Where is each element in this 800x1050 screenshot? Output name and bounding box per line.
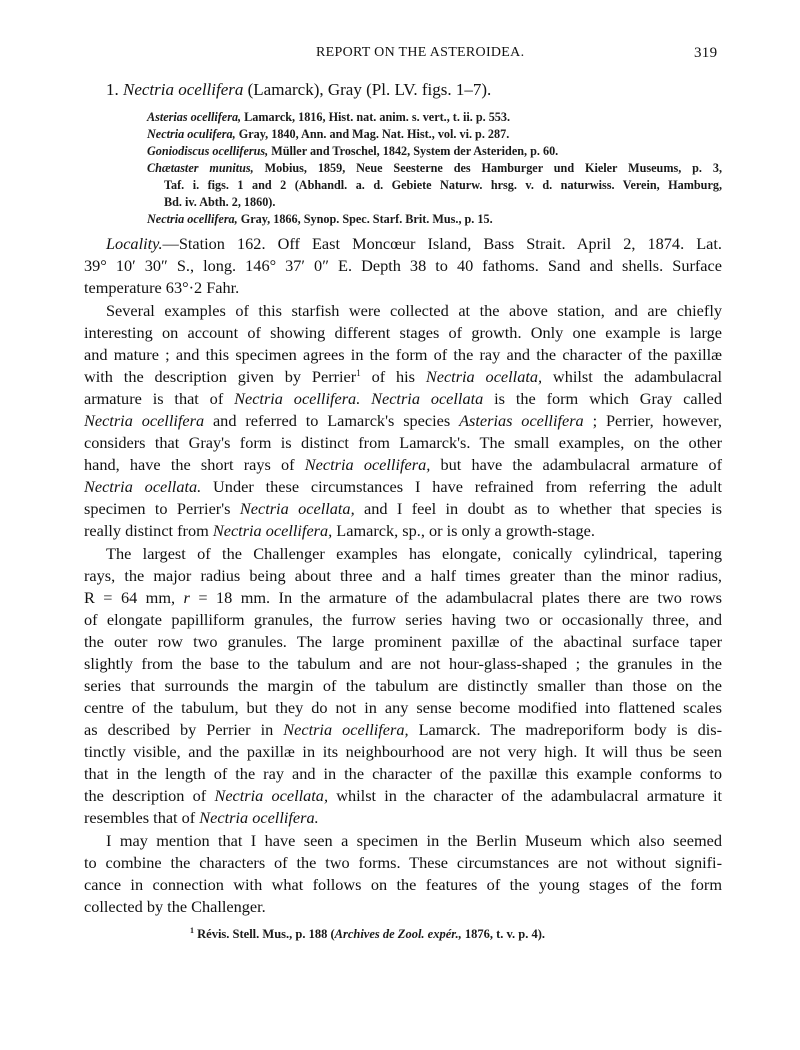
text-line: considers that Gray's form is distinct f…	[84, 433, 722, 453]
synonym-reference: Lamarck, 1816, Hist. nat. anim. s. vert.…	[244, 110, 510, 124]
text-line: the description of Nectria ocellata, whi…	[84, 786, 722, 806]
text-span: = 18 mm. In the armature of the adambula…	[190, 588, 722, 607]
text-span: armature is that of	[84, 389, 234, 408]
text-span: whilst the adambulacral	[542, 367, 722, 386]
footnote: 1 Révis. Stell. Mus., p. 188 (Archives d…	[190, 926, 545, 942]
text-line: collected by the Challenger.	[84, 897, 266, 917]
text-span: Under these circumstances I have refrain…	[201, 477, 722, 496]
synonym-name: Chætaster munitus,	[147, 161, 254, 175]
text-line: cance in connection with what follows on…	[84, 875, 722, 895]
text-line: specimen to Perrier's Nectria ocellata, …	[84, 499, 722, 519]
species-name: Nectria ocellifera,	[213, 521, 332, 540]
text-span: of his	[361, 367, 426, 386]
text-span: as described by Perrier in	[84, 720, 283, 739]
text-span: is the form which Gray called	[483, 389, 722, 408]
text-line: The largest of the Challenger examples h…	[106, 544, 722, 564]
text-span: R = 64 mm,	[84, 588, 184, 607]
text-span: and referred to Lamarck's species	[204, 411, 459, 430]
species-number: 1.	[106, 80, 119, 99]
species-name: Nectria ocellifera.	[234, 389, 360, 408]
species-heading: 1. Nectria ocellifera (Lamarck), Gray (P…	[106, 80, 491, 100]
species-name: Nectria ocellata,	[214, 786, 328, 805]
page-number: 319	[694, 45, 717, 62]
synonym-reference: Gray, 1840, Ann. and Mag. Nat. Hist., vo…	[239, 127, 510, 141]
synonym-continuation: Bd. iv. Abth. 2, 1860).	[164, 195, 275, 210]
text-line: R = 64 mm, r = 18 mm. In the armature of…	[84, 588, 722, 608]
text-line: really distinct from Nectria ocellifera,…	[84, 521, 595, 541]
text-line: I may mention that I have seen a specime…	[106, 831, 722, 851]
text-span: hand, have the short rays of	[84, 455, 305, 474]
synonym-reference: Müller and Troschel, 1842, System der As…	[271, 144, 558, 158]
text-span: specimen to Perrier's	[84, 499, 240, 518]
text-line: Several examples of this starfish were c…	[106, 301, 722, 321]
footnote-text: Révis. Stell. Mus., p. 188 (	[194, 927, 335, 941]
text-line: and mature ; and this specimen agrees in…	[84, 345, 722, 365]
synonym-reference: Mobius, 1859, Neue Seesterne des Hamburg…	[265, 161, 722, 175]
synonym-name: Goniodiscus ocelliferus,	[147, 144, 268, 158]
text-line: hand, have the short rays of Nectria oce…	[84, 455, 722, 475]
synonym-entry: Nectria oculifera, Gray, 1840, Ann. and …	[147, 127, 509, 142]
text-span: resembles that of	[84, 808, 199, 827]
text-line: series that surrounds the margin of the …	[84, 676, 722, 696]
text-span: the description of	[84, 786, 214, 805]
text-line: armature is that of Nectria ocellifera. …	[84, 389, 722, 409]
locality-text: —Station 162. Off East Moncœur Island, B…	[163, 234, 722, 253]
text-line: temperature 63°·2 Fahr.	[84, 278, 239, 298]
synonym-entry: Chætaster munitus, Mobius, 1859, Neue Se…	[147, 161, 722, 176]
text-span: Lamarck. The madreporiform body is dis-	[409, 720, 722, 739]
species-name: Nectria ocellifera,	[305, 455, 431, 474]
synonym-continuation: Taf. i. figs. 1 and 2 (Abhandl. a. d. Ge…	[164, 178, 722, 193]
text-line: Locality.—Station 162. Off East Moncœur …	[106, 234, 722, 254]
synonym-name: Asterias ocellifera,	[147, 110, 241, 124]
synonym-name: Nectria oculifera,	[147, 127, 236, 141]
synonym-entry: Goniodiscus ocelliferus, Müller and Tros…	[147, 144, 558, 159]
species-authority: (Lamarck), Gray (Pl. LV. figs. 1–7).	[248, 80, 492, 99]
synonym-reference: Gray, 1866, Synop. Spec. Starf. Brit. Mu…	[241, 212, 493, 226]
synonym-entry: Asterias ocellifera, Lamarck, 1816, Hist…	[147, 110, 510, 125]
species-name: Asterias ocellifera	[459, 411, 584, 430]
species-name: Nectria ocellifera,	[283, 720, 408, 739]
text-span: with the description given by Perrier	[84, 367, 356, 386]
species-name: Nectria ocellifera	[123, 80, 243, 99]
text-line: Nectria ocellifera and referred to Lamar…	[84, 411, 722, 431]
species-name: Nectria ocellata.	[84, 477, 201, 496]
text-span: Lamarck, sp., or is only a growth-stage.	[332, 521, 595, 540]
synonym-name: Nectria ocellifera,	[147, 212, 238, 226]
text-line: centre of the tabulum, but they do not i…	[84, 698, 722, 718]
text-span: really distinct from	[84, 521, 213, 540]
text-line: as described by Perrier in Nectria ocell…	[84, 720, 722, 740]
species-name: Nectria ocellata,	[240, 499, 355, 518]
species-name: Nectria ocellata	[371, 389, 483, 408]
text-line: resembles that of Nectria ocellifera.	[84, 808, 319, 828]
running-header: REPORT ON THE ASTEROIDEA.	[316, 45, 524, 61]
footnote-text: 1876, t. v. p. 4).	[462, 927, 545, 941]
text-line: with the description given by Perrier1 o…	[84, 367, 722, 387]
text-line: that in the length of the ray and in the…	[84, 764, 722, 784]
synonym-entry: Nectria ocellifera, Gray, 1866, Synop. S…	[147, 212, 493, 227]
footnote-journal: Archives de Zool. expér.,	[335, 927, 462, 941]
species-name: Nectria ocellifera	[84, 411, 204, 430]
locality-label: Locality.	[106, 234, 163, 253]
text-line: 39° 10′ 30″ S., long. 146° 37′ 0″ E. Dep…	[84, 256, 722, 276]
text-span: whilst in the character of the adambulac…	[328, 786, 722, 805]
text-line: the outer row two granules. The large pr…	[84, 632, 722, 652]
text-line: to combine the characters of the two for…	[84, 853, 722, 873]
text-line: Nectria ocellata. Under these circumstan…	[84, 477, 722, 497]
text-line: slightly from the base to the tabulum an…	[84, 654, 722, 674]
species-name: Nectria ocellata,	[426, 367, 542, 386]
text-line: of elongate papilliform granules, the fu…	[84, 610, 722, 630]
text-span: ; Perrier, however,	[584, 411, 722, 430]
text-line: rays, the major radius being about three…	[84, 566, 722, 586]
text-span: but have the adambulacral armature of	[430, 455, 722, 474]
species-name: Nectria ocellifera.	[199, 808, 318, 827]
text-line: interesting on account of showing differ…	[84, 323, 722, 343]
text-line: tinctly visible, and the paxillæ in its …	[84, 742, 722, 762]
text-span: and I feel in doubt as to whether that s…	[355, 499, 722, 518]
text-span	[360, 389, 371, 408]
